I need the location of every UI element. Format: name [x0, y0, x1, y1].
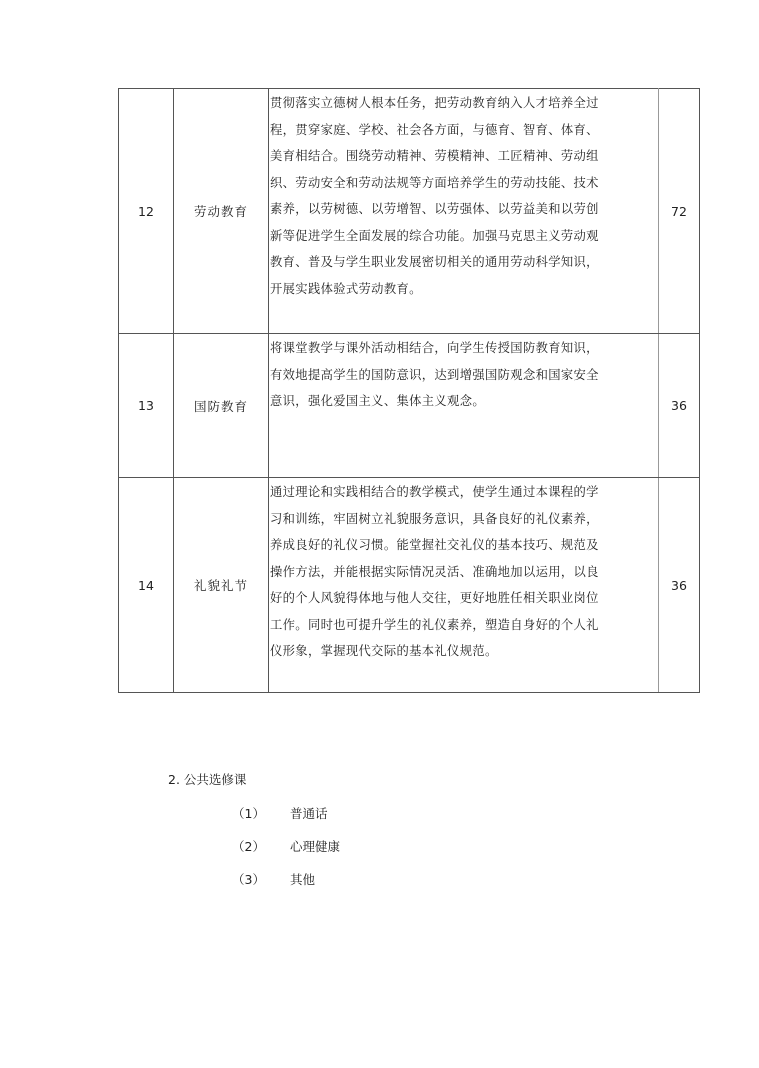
course-hours: 36: [659, 334, 700, 478]
course-number: 14: [119, 478, 174, 693]
course-description: 将课堂教学与课外活动相结合，向学生传授国防教育知识， 有效地提高学生的国防意识，…: [269, 334, 659, 478]
list-item-label: 其他: [290, 872, 315, 887]
course-description: 通过理论和实践相结合的教学模式，使学生通过本课程的学 习和训练，牢固树立礼貌服务…: [269, 478, 659, 693]
table-row: 13 国防教育 将课堂教学与课外活动相结合，向学生传授国防教育知识， 有效地提高…: [119, 334, 700, 478]
list-item: （2）心理健康: [232, 837, 340, 855]
course-name: 国防教育: [174, 334, 269, 478]
section-heading: 2. 公共选修课: [168, 770, 246, 788]
list-item-number: （1）: [232, 804, 290, 822]
list-item: （3）其他: [232, 870, 315, 888]
course-description: 贯彻落实立德树人根本任务，把劳动教育纳入人才培养全过 程，贯穿家庭、学校、社会各…: [269, 89, 659, 334]
course-name: 劳动教育: [174, 89, 269, 334]
course-hours: 72: [659, 89, 700, 334]
course-number: 12: [119, 89, 174, 334]
course-hours: 36: [659, 478, 700, 693]
description-text: 贯彻落实立德树人根本任务，把劳动教育纳入人才培养全过 程，贯穿家庭、学校、社会各…: [269, 89, 658, 302]
table-row: 12 劳动教育 贯彻落实立德树人根本任务，把劳动教育纳入人才培养全过 程，贯穿家…: [119, 89, 700, 334]
description-text: 通过理论和实践相结合的教学模式，使学生通过本课程的学 习和训练，牢固树立礼貌服务…: [269, 478, 658, 665]
course-name: 礼貌礼节: [174, 478, 269, 693]
list-item-label: 普通话: [290, 806, 328, 821]
list-item-number: （2）: [232, 837, 290, 855]
description-text: 将课堂教学与课外活动相结合，向学生传授国防教育知识， 有效地提高学生的国防意识，…: [269, 334, 658, 415]
table-row: 14 礼貌礼节 通过理论和实践相结合的教学模式，使学生通过本课程的学 习和训练，…: [119, 478, 700, 693]
list-item-number: （3）: [232, 870, 290, 888]
list-item: （1）普通话: [232, 804, 328, 822]
course-table: 12 劳动教育 贯彻落实立德树人根本任务，把劳动教育纳入人才培养全过 程，贯穿家…: [118, 88, 700, 693]
list-item-label: 心理健康: [290, 839, 340, 854]
course-number: 13: [119, 334, 174, 478]
